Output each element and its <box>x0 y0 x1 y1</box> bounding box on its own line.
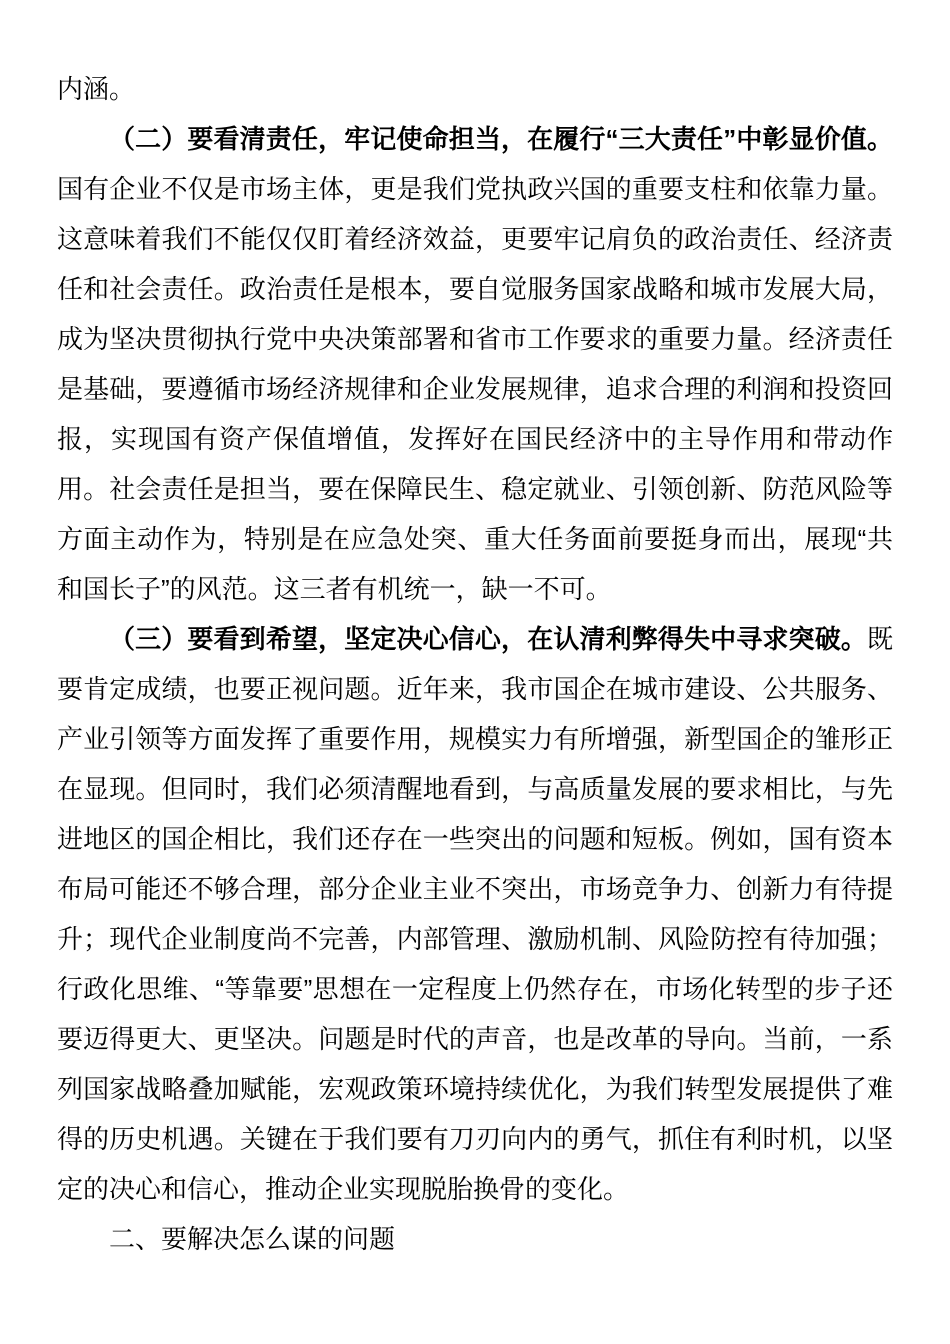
paragraph-text: 国有企业不仅是市场主体，更是我们党执政兴国的重要支柱和依靠力量。这意味着我们不能… <box>57 174 893 604</box>
paragraph-bold-lead: （三）要看到希望，坚定决心信心，在认清利弊得失中寻求突破。 <box>109 624 867 654</box>
paragraph-section-3: （三）要看到希望，坚定决心信心，在认清利弊得失中寻求突破。既要肯定成绩，也要正视… <box>57 614 893 1214</box>
paragraph-text: 内涵。 <box>57 74 135 104</box>
paragraph-continuation: 内涵。 <box>57 64 893 114</box>
section-heading-2: 二、要解决怎么谋的问题 <box>57 1214 893 1264</box>
paragraph-section-2: （二）要看清责任，牢记使命担当，在履行“三大责任”中彰显价值。国有企业不仅是市场… <box>57 114 893 614</box>
document-page: 内涵。 （二）要看清责任，牢记使命担当，在履行“三大责任”中彰显价值。国有企业不… <box>0 0 950 1344</box>
paragraph-text: 既要肯定成绩，也要正视问题。近年来，我市国企在城市建设、公共服务、产业引领等方面… <box>57 624 893 1204</box>
section-heading-text: 二、要解决怎么谋的问题 <box>109 1224 395 1254</box>
paragraph-bold-lead: （二）要看清责任，牢记使命担当，在履行“三大责任”中彰显价值。 <box>109 124 893 154</box>
